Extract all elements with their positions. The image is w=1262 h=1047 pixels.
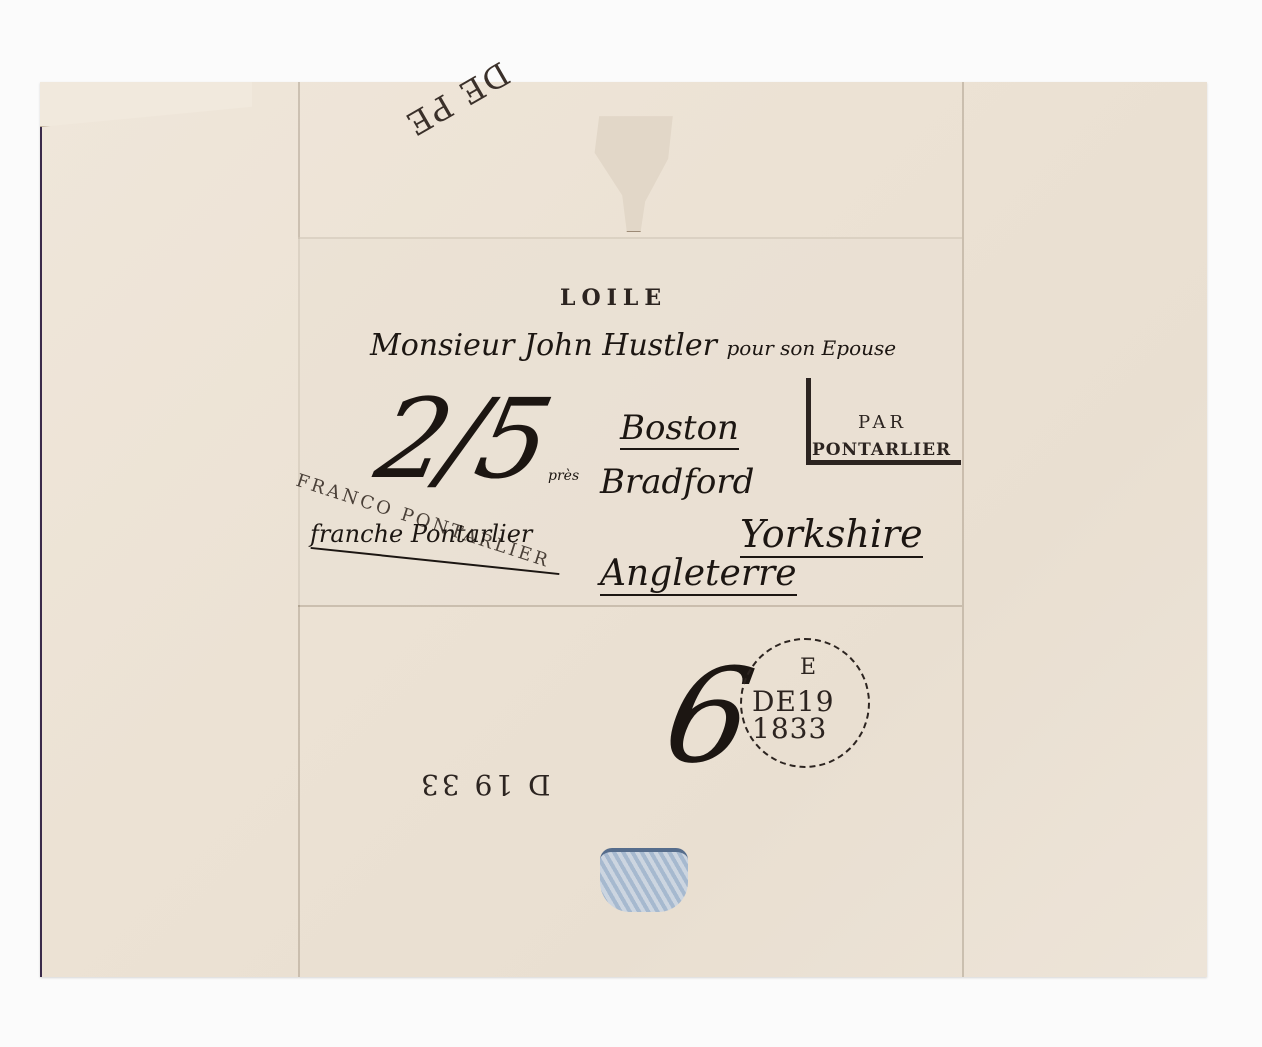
address-near-word: près: [548, 468, 579, 484]
wax-seal-icon: [600, 848, 688, 912]
address-town: Bradford: [600, 462, 754, 502]
franchise-note: franche Pontarlier: [310, 520, 532, 548]
fold-line-lower: [298, 605, 962, 607]
address-country: Angleterre: [600, 553, 797, 596]
date-stamp-year: 1833: [752, 712, 827, 745]
address-county: Yorkshire: [740, 512, 923, 558]
route-postmark-line1: PAR: [858, 412, 907, 433]
reversed-partial-postmark: D 19 33: [418, 768, 551, 801]
address-city: Boston: [620, 408, 739, 450]
addressee-line: Monsieur John Hustler pour son Epouse: [370, 328, 896, 363]
town-postmark: LOILE: [560, 285, 667, 311]
addressee-note: pour son Epouse: [726, 336, 896, 360]
fold-line-right: [962, 82, 964, 977]
route-postmark-line2: PONTARLIER: [812, 440, 951, 460]
addressee-name: Monsieur John Hustler: [370, 328, 717, 363]
date-stamp-letter: E: [800, 655, 816, 680]
manuscript-rate-mark: 2/5: [366, 375, 558, 503]
